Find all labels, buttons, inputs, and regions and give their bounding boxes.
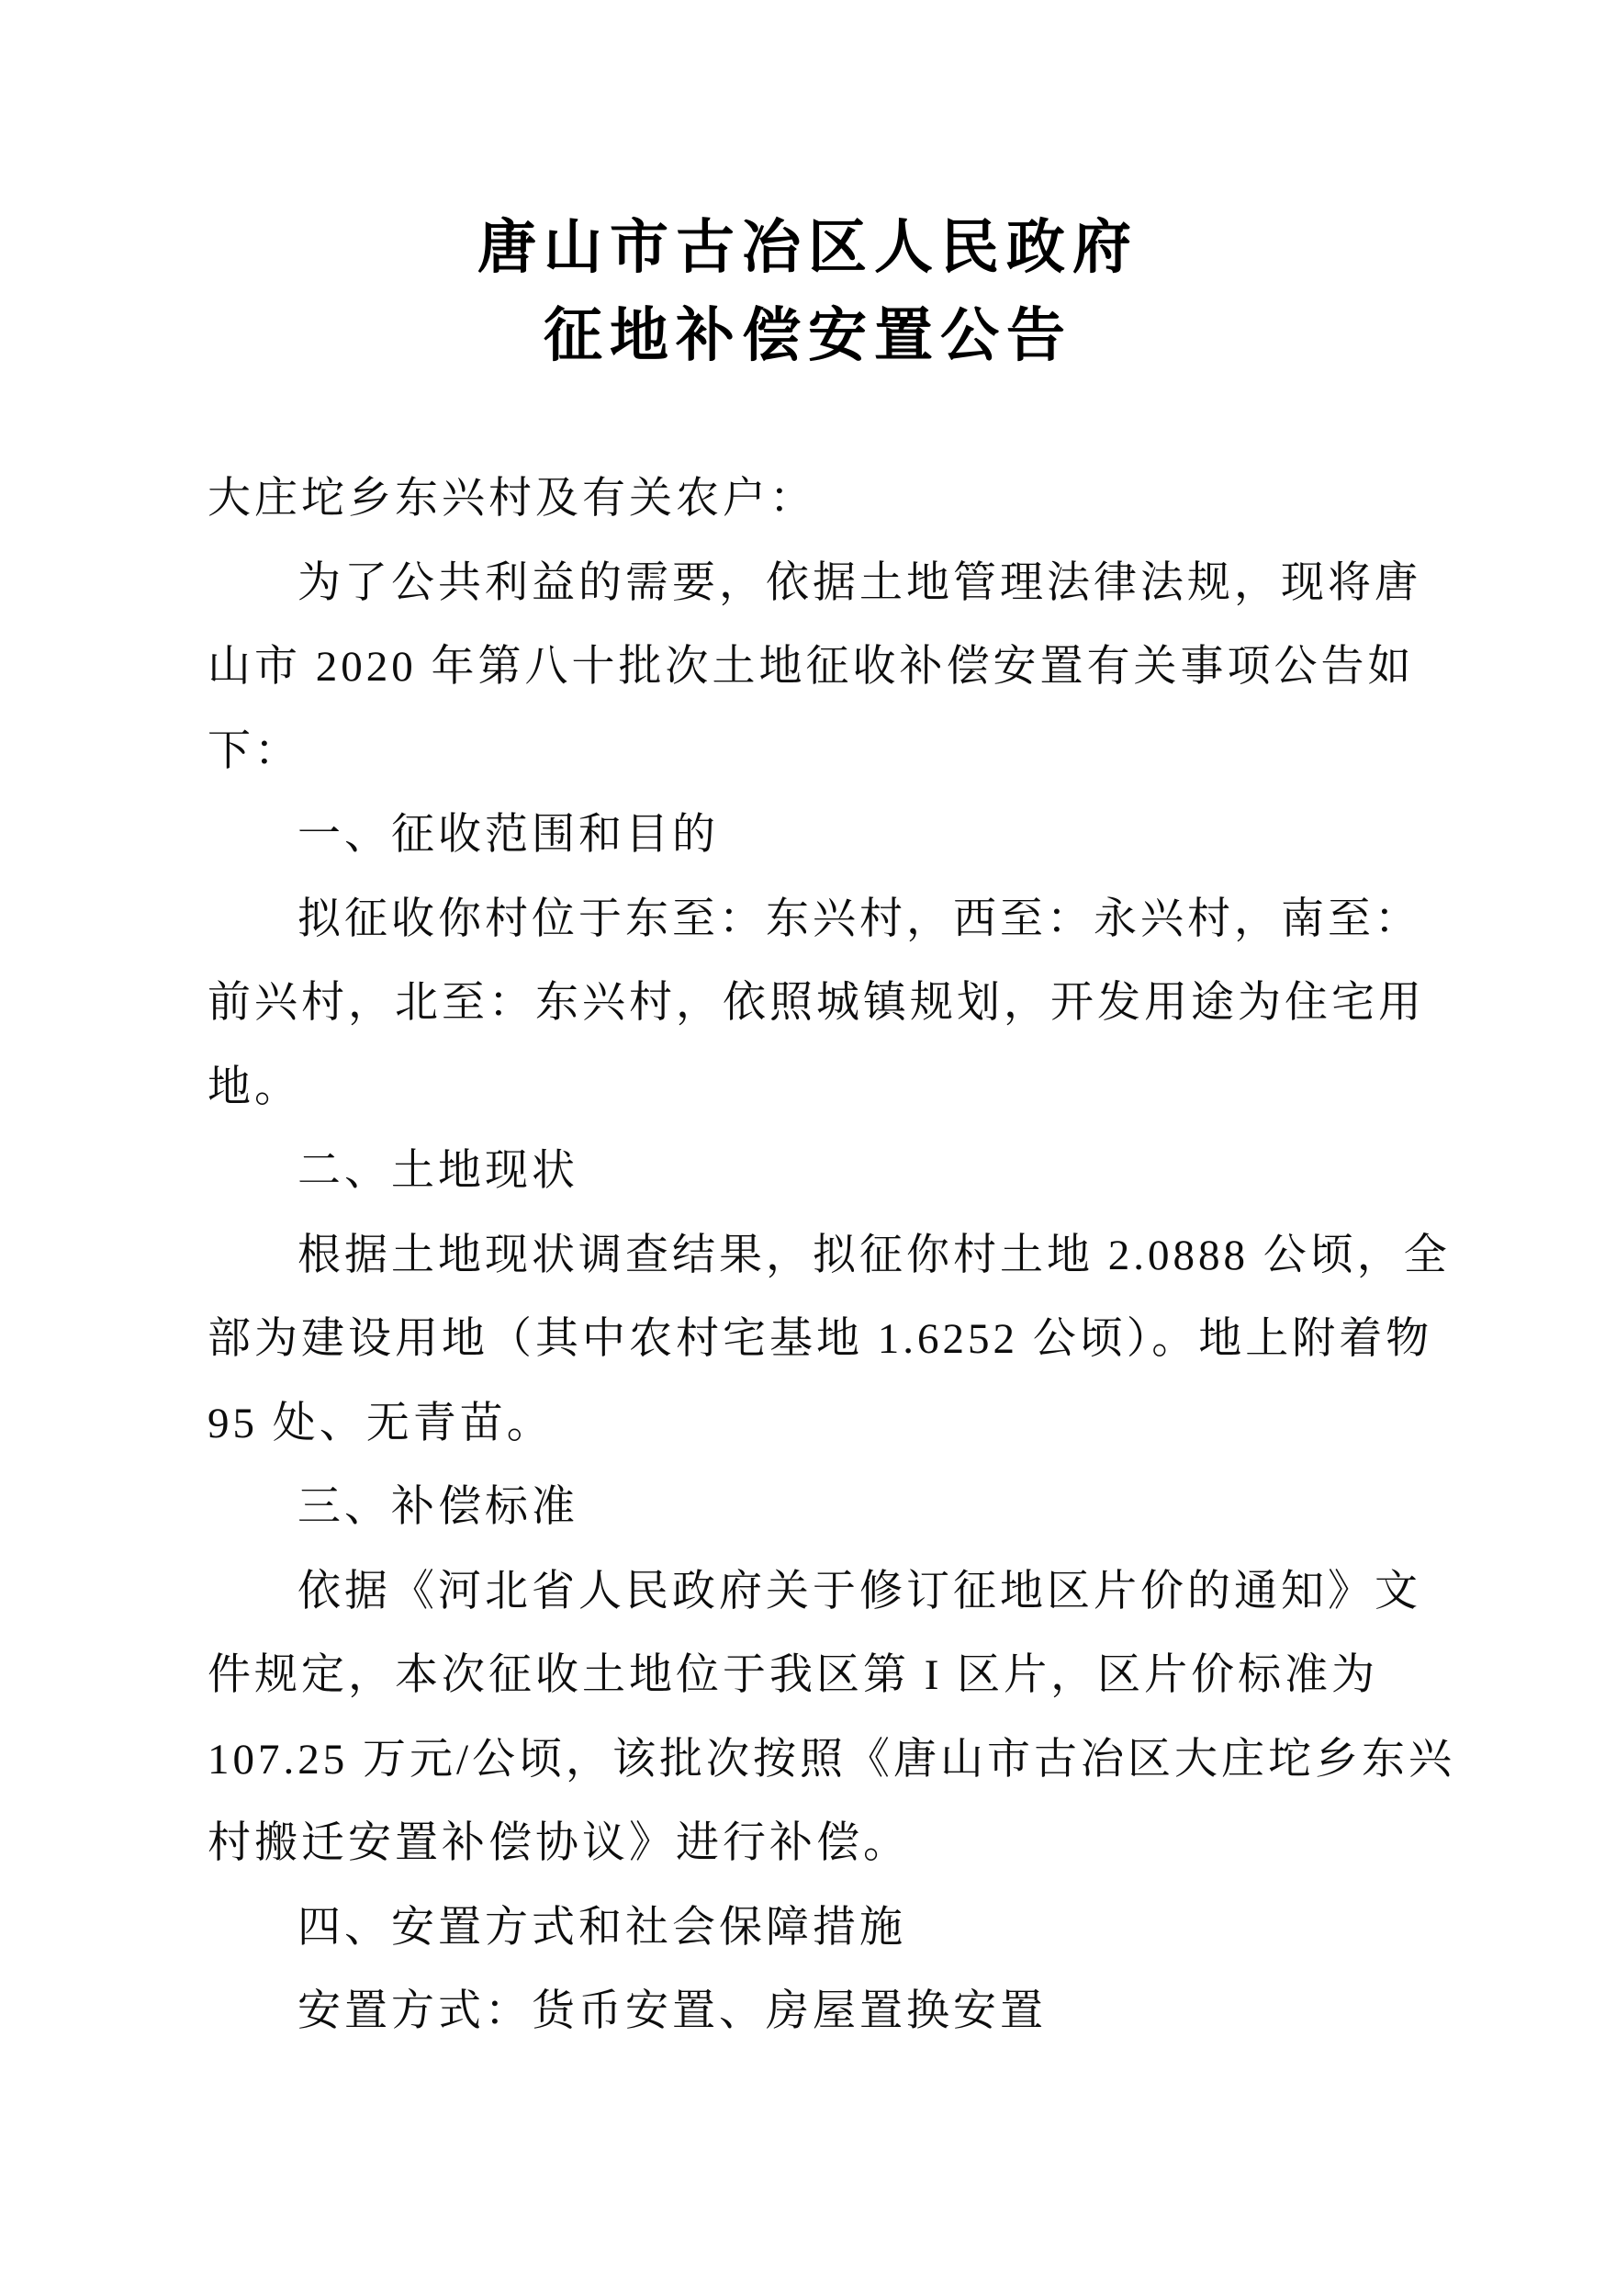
- body-line: 为了公共利益的需要，依据土地管理法律法规，现将唐: [208, 542, 1456, 626]
- body-line: 下：: [208, 710, 1456, 794]
- body-line: 95 处、无青苗。: [208, 1382, 1456, 1467]
- body-line: 件规定，本次征收土地位于我区第 I 区片，区片价标准为: [208, 1634, 1456, 1718]
- section-heading: 一、征收范围和目的: [208, 793, 1456, 878]
- body-line: 前兴村，北至：东兴村，依照城镇规划，开发用途为住宅用: [208, 962, 1456, 1046]
- body-line: 拟征收你村位于东至：东兴村，西至：永兴村，南至：: [208, 878, 1456, 962]
- body-line: 部为建设用地（其中农村宅基地 1.6252 公顷）。地上附着物: [208, 1298, 1456, 1382]
- body-line: 村搬迁安置补偿协议》进行补偿。: [208, 1802, 1456, 1886]
- document-body: 大庄坨乡东兴村及有关农户： 为了公共利益的需要，依据土地管理法律法规，现将唐 山…: [208, 457, 1456, 2054]
- title-line-1: 唐山市古冶区人民政府: [0, 204, 1616, 292]
- body-line: 依据《河北省人民政府关于修订征地区片价的通知》文: [208, 1550, 1456, 1635]
- document-page: 唐山市古冶区人民政府 征地补偿安置公告 大庄坨乡东兴村及有关农户： 为了公共利益…: [0, 0, 1616, 2296]
- section-heading: 二、土地现状: [208, 1130, 1456, 1214]
- document-title: 唐山市古冶区人民政府 征地补偿安置公告: [0, 204, 1616, 380]
- body-line: 107.25 万元/公顷，该批次按照《唐山市古冶区大庄坨乡东兴: [208, 1718, 1456, 1803]
- section-heading: 四、安置方式和社会保障措施: [208, 1886, 1456, 1971]
- body-line: 地。: [208, 1046, 1456, 1131]
- body-line: 根据土地现状调查结果，拟征你村土地 2.0888 公顷，全: [208, 1214, 1456, 1299]
- body-line: 大庄坨乡东兴村及有关农户：: [208, 457, 1456, 542]
- body-line: 山市 2020 年第八十批次土地征收补偿安置有关事项公告如: [208, 625, 1456, 710]
- section-heading: 三、补偿标准: [208, 1466, 1456, 1550]
- title-line-2: 征地补偿安置公告: [0, 292, 1616, 380]
- body-line: 安置方式：货币安置、房屋置换安置: [208, 1970, 1456, 2054]
